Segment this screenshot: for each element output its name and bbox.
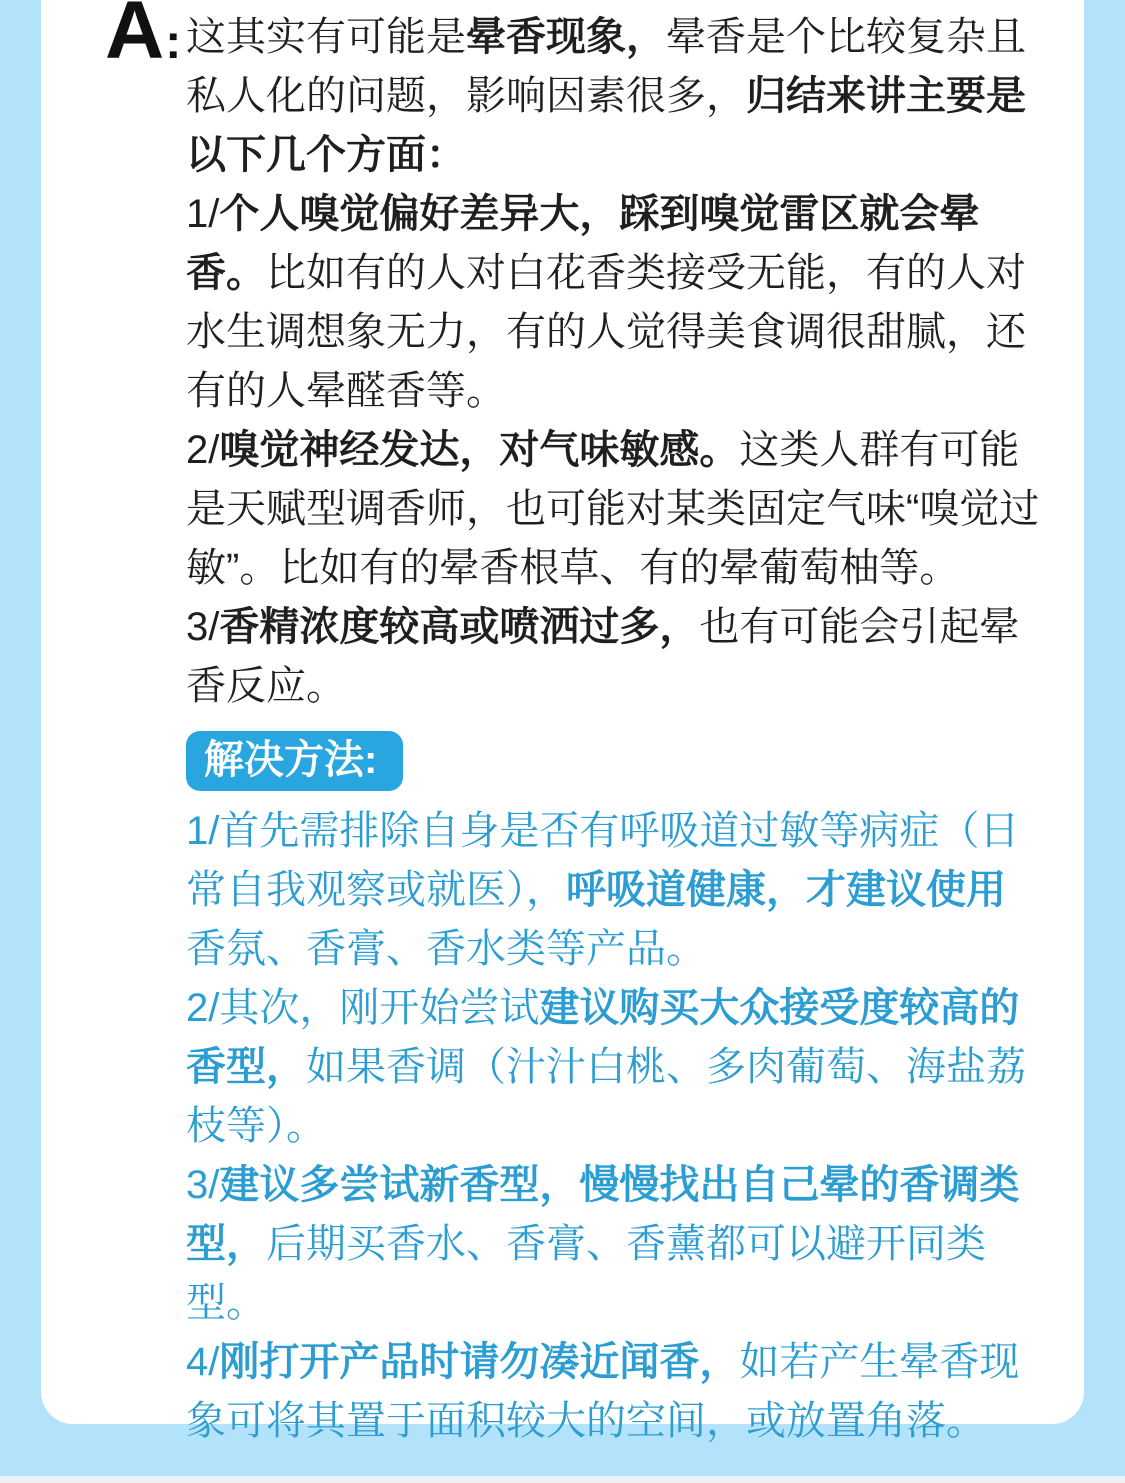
- answer-content: 这其实有可能是晕香现象，晕香是个比较复杂且私人化的问题，影响因素很多，归结来讲主…: [186, 8, 1044, 1451]
- text-segment: 后期买香水、香膏、香薰都可以避开同类型。: [186, 1222, 986, 1325]
- answer-label: A:: [105, 0, 182, 72]
- paragraph: 1/首先需排除自身是否有呼吸道过敏等病症（日常自我观察或就医），呼吸道健康，才建…: [186, 802, 1044, 979]
- paragraph: 这其实有可能是晕香现象，晕香是个比较复杂且私人化的问题，影响因素很多，归结来讲主…: [186, 8, 1044, 185]
- text-segment: 香氛、香膏、香水类等产品。: [186, 927, 706, 971]
- text-segment: 香精浓度较高或喷洒过多，: [219, 605, 699, 649]
- text-segment: 3/: [186, 605, 219, 649]
- paragraph: 3/建议多尝试新香型，慢慢找出自己晕的香调类型，后期买香水、香膏、香薰都可以避开…: [186, 1156, 1044, 1333]
- next-card-edge: [0, 1476, 1125, 1483]
- solution-badge-row: 解决方法:: [186, 731, 1044, 791]
- text-segment: 比如有的人对白花香类接受无能，有的人对水生调想象无力，有的人觉得美食调很甜腻，还…: [186, 251, 1026, 413]
- answer-letter: A: [105, 0, 165, 76]
- solution-badge: 解决方法:: [186, 731, 403, 791]
- text-segment: 呼吸道健康，才建议使用: [566, 868, 1006, 912]
- text-segment: 刚打开产品时请勿凑近闻香，: [219, 1340, 739, 1384]
- paragraph: 4/刚打开产品时请勿凑近闻香，如若产生晕香现象可将其置于面积较大的空间，或放置角…: [186, 1333, 1044, 1451]
- text-segment: 如果香调（汁汁白桃、多肉葡萄、海盐荔枝等）。: [186, 1045, 1026, 1148]
- text-segment: 4/: [186, 1340, 219, 1384]
- paragraph: 3/香精浓度较高或喷洒过多，也有可能会引起晕香反应。: [186, 598, 1044, 716]
- text-segment: 这其实有可能是: [186, 15, 466, 59]
- paragraph: 1/个人嗅觉偏好差异大，踩到嗅觉雷区就会晕香。比如有的人对白花香类接受无能，有的…: [186, 185, 1044, 421]
- text-segment: 3/: [186, 1163, 219, 1207]
- text-segment: 晕香现象，: [466, 15, 666, 59]
- paragraph: 2/其次，刚开始尝试建议购买大众接受度较高的香型，如果香调（汁汁白桃、多肉葡萄、…: [186, 979, 1044, 1156]
- page-background: A: 这其实有可能是晕香现象，晕香是个比较复杂且私人化的问题，影响因素很多，归结…: [0, 0, 1125, 1483]
- answer-colon: :: [165, 16, 182, 69]
- answer-card: A: 这其实有可能是晕香现象，晕香是个比较复杂且私人化的问题，影响因素很多，归结…: [41, 0, 1084, 1424]
- text-segment: 嗅觉神经发达，对气味敏感。: [219, 428, 739, 472]
- paragraph: 2/嗅觉神经发达，对气味敏感。这类人群有可能是天赋型调香师，也可能对某类固定气味…: [186, 421, 1044, 598]
- text-segment: 2/: [186, 428, 219, 472]
- text-segment: 2/其次，刚开始尝试: [186, 986, 539, 1030]
- text-segment: 1/: [186, 192, 219, 236]
